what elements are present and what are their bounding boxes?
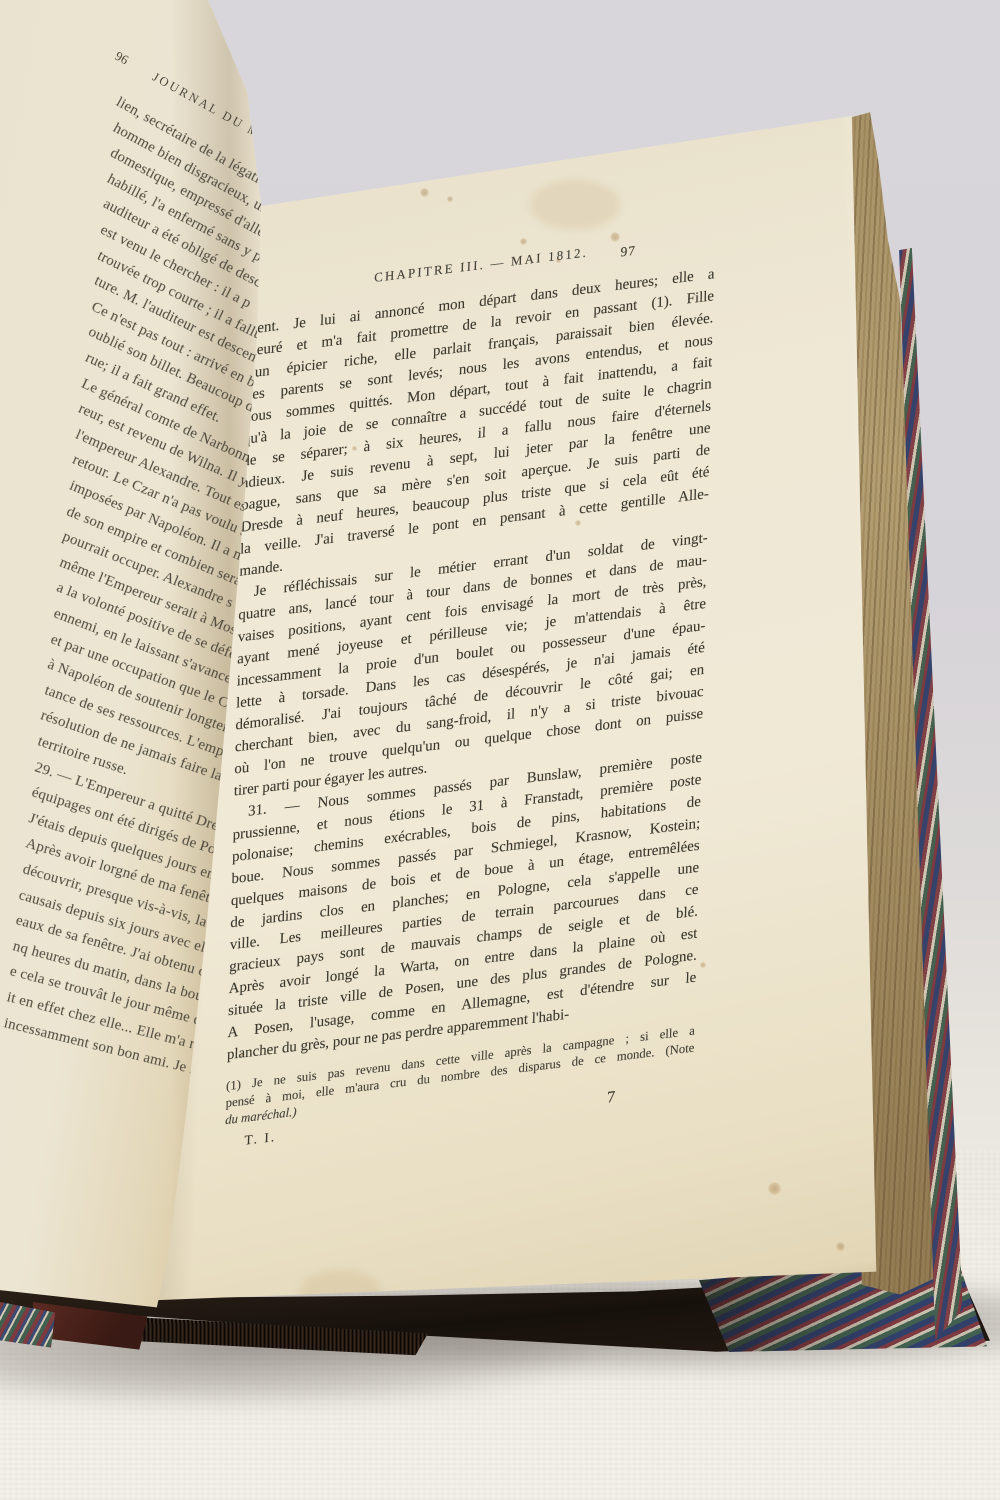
paper-stain <box>530 180 620 230</box>
foxing-spot <box>520 238 527 245</box>
book-photograph: CHAPITRE III. — MAI 1812. 97 ment. Je lu… <box>0 0 1000 1500</box>
foxing-spot <box>768 1182 781 1195</box>
foxing-spot <box>700 962 706 968</box>
foxing-spot <box>447 196 453 202</box>
foxing-spot <box>836 1242 845 1251</box>
page-number: 97 <box>620 243 636 261</box>
foxing-spot <box>420 188 429 197</box>
right-page-text-block: CHAPITRE III. — MAI 1812. 97 ment. Je lu… <box>224 229 715 1157</box>
volume-signature: T. I. <box>244 1129 276 1148</box>
page-number: 96 <box>113 48 132 67</box>
body-text: ment. Je lui ai annoncé mon départ dans … <box>227 263 715 1066</box>
sheet-number: 7 <box>607 1087 616 1108</box>
